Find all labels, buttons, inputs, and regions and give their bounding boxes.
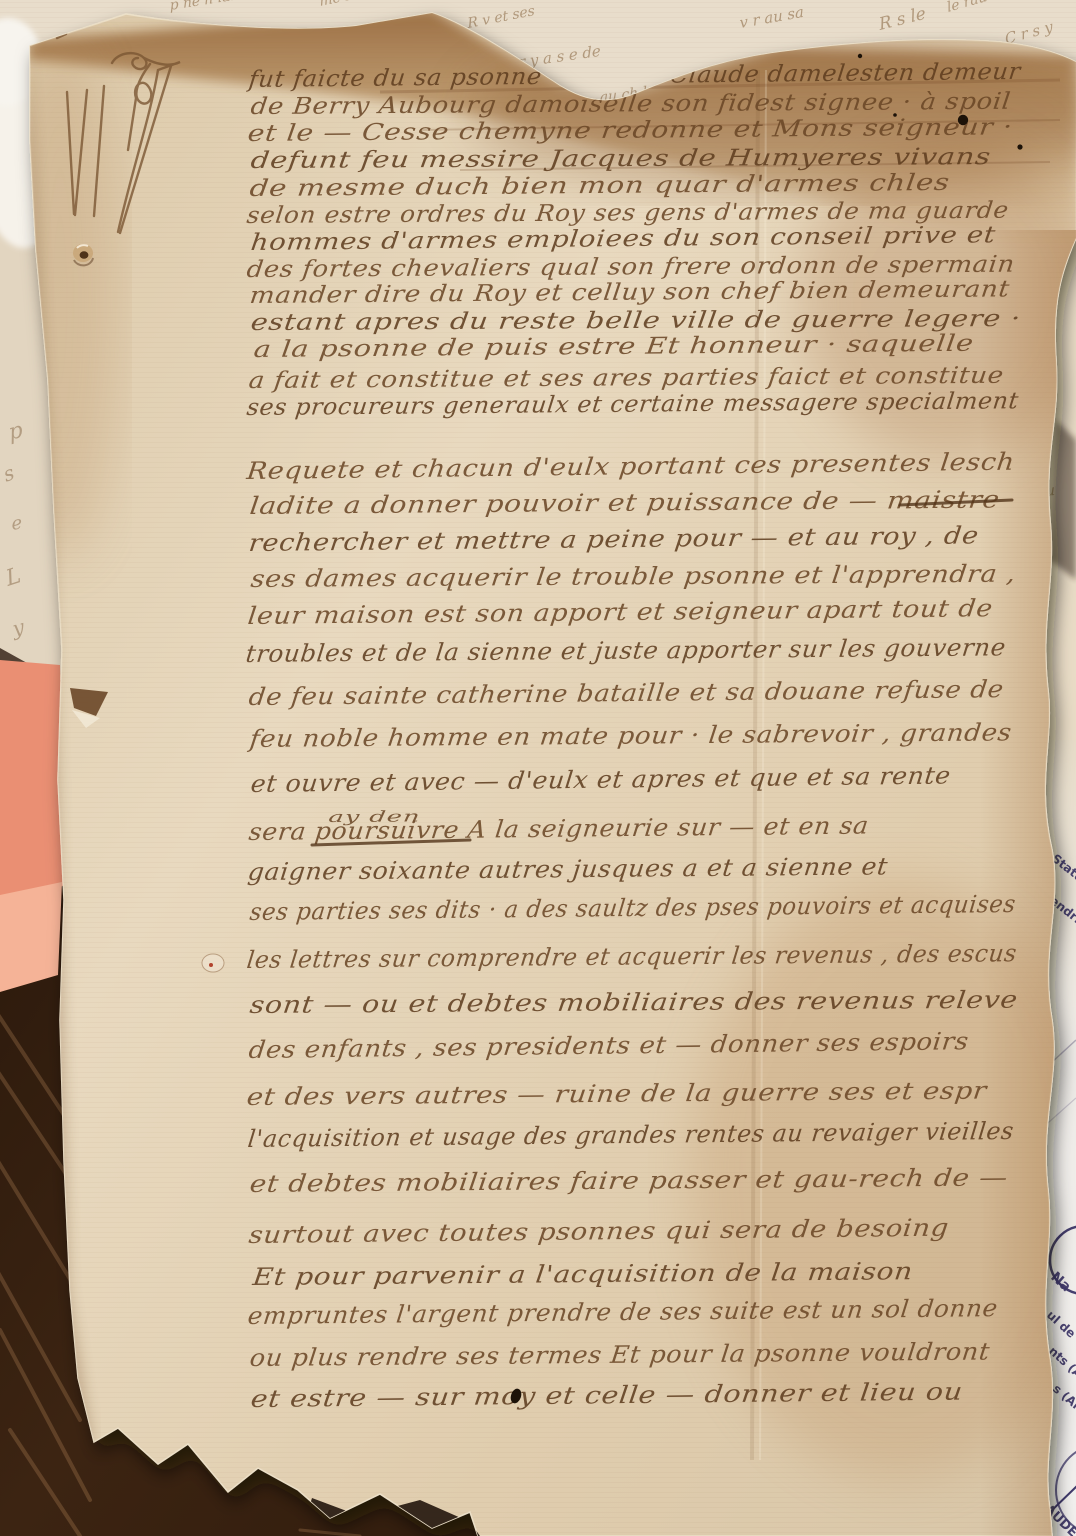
manuscript-line: gaigner soixante autres jusques a et a s… (246, 852, 889, 886)
pink-sheet (0, 660, 66, 905)
manuscript-line: sont — ou et debtes mobiliaires des reve… (248, 986, 1019, 1019)
photograph-scene: p ne h lanme sur etR v et sesher y a s e… (0, 0, 1076, 1536)
paper-curl (202, 954, 224, 972)
manuscript-line: Et pour parvenir a l'acquisition de la m… (250, 1257, 914, 1291)
underwriting-fragment: e (11, 512, 23, 535)
manuscript-photo: p ne h lanme sur etR v et sesher y a s e… (0, 0, 1076, 1536)
manuscript-line: ses dames acquerir le trouble psonne et … (249, 560, 1017, 593)
pink-sheet-lower (0, 882, 62, 992)
manuscript-line: defunt feu messire Jacques de Humyeres v… (249, 144, 992, 174)
